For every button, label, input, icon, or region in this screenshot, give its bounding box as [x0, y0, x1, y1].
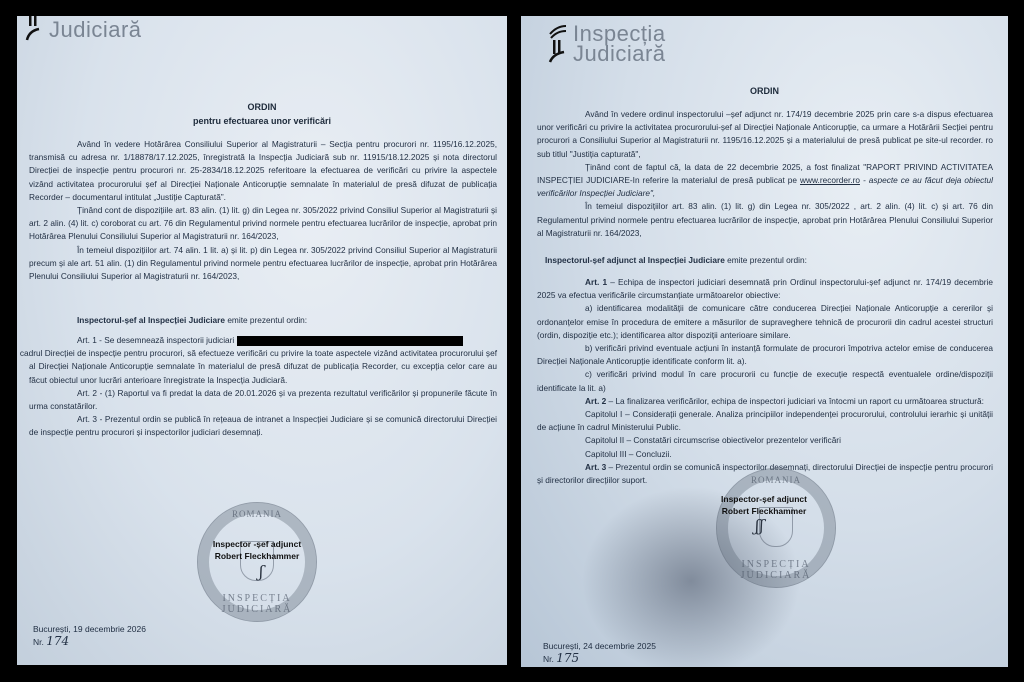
- number-label: Nr.: [33, 637, 44, 647]
- institution-logo: Judiciară: [23, 16, 142, 44]
- preamble-paragraph: Ținând cont de faptul că, la data de 22 …: [537, 161, 993, 201]
- logo-text: Judiciară: [49, 20, 142, 40]
- redaction-bar: [237, 336, 463, 346]
- chapter-item: Capitolul I – Considerații generale. Ana…: [537, 408, 993, 434]
- article-1-text: din cadrul Direcției de inspecție pentru…: [17, 348, 497, 384]
- signer-title: Inspector-șef adjunct: [713, 493, 815, 505]
- preamble-paragraph: Având în vedere Hotărârea Consiliului Su…: [29, 138, 497, 204]
- objective-b: b) verificări privind eventuale acțiuni …: [537, 342, 993, 368]
- column-logo-icon: [547, 24, 569, 64]
- document-page-left: Judiciară ORDIN pentru efectuarea unor v…: [17, 16, 507, 665]
- preamble-paragraph: Având în vedere ordinul inspectorului –ș…: [537, 108, 993, 161]
- issuer-name: Inspectorul-șef adjunct al Inspecției Ju…: [545, 255, 725, 265]
- document-title: ORDIN: [521, 86, 1008, 96]
- column-logo-icon: [23, 16, 45, 44]
- signer-title: Inspector -șef adjunct: [203, 538, 311, 550]
- article-1-label: Art. 1: [585, 277, 607, 287]
- footer-date-number: București, 19 decembrie 2026 Nr. 174: [33, 623, 146, 648]
- document-title: ORDIN: [17, 102, 507, 112]
- preamble-paragraph: În temeiul dispozițiilor art. 74 alin. 1…: [29, 244, 497, 284]
- institution-logo: Inspecția Judiciară: [547, 24, 666, 64]
- signer-name: Robert Fleckhammer: [713, 505, 815, 517]
- handwritten-signature: ʃ: [259, 562, 263, 581]
- preamble-paragraph: În temeiul dispozițiilor art. 83 alin. (…: [537, 200, 993, 240]
- signer-name: Robert Fleckhammer: [203, 550, 311, 562]
- stamp-bottom-text: INSPECȚIA JUDICIARĂ: [198, 593, 316, 615]
- document-subtitle: pentru efectuarea unor verificări: [17, 116, 507, 126]
- order-number: 174: [46, 634, 69, 648]
- article-2-text: – La finalizarea verificărilor, echipa d…: [606, 396, 984, 406]
- recorder-link[interactable]: www.recorder.ro: [800, 175, 860, 185]
- preamble: Având în vedere Hotărârea Consiliului Su…: [29, 138, 497, 283]
- number-label: Nr.: [543, 654, 554, 664]
- chapter-item: Capitolul III – Concluzii.: [537, 448, 993, 461]
- articles: Art. 1 – Echipa de inspectori judiciari …: [537, 276, 993, 487]
- preamble: Având în vedere ordinul inspectorului –ș…: [537, 108, 993, 240]
- article-2: Art. 2 - (1) Raportul va fi predat la da…: [29, 387, 497, 413]
- article-2-label: Art. 2: [585, 396, 606, 406]
- article-1-start: Art. 1 - Se desemnează inspectorii judic…: [77, 335, 234, 345]
- order-number: 175: [556, 651, 579, 665]
- stamp-top-text: ROMANIA: [717, 475, 835, 485]
- document-page-right: Inspecția Judiciară ORDIN Având în veder…: [521, 16, 1008, 667]
- article-3-label: Art. 3: [585, 462, 606, 472]
- issuer-text: emite prezentul ordin:: [725, 255, 807, 265]
- article-3: Art. 3 - Prezentul ordin se publică în r…: [29, 413, 497, 439]
- signature-block: Inspector-șef adjunct Robert Fleckhammer: [713, 493, 815, 517]
- preamble-paragraph: Ținând cont de dispozițiile art. 83 alin…: [29, 204, 497, 244]
- issuer-line: Inspectorul-șef al Inspecției Judiciare …: [29, 314, 497, 327]
- chapter-item: Capitolul II – Constatări circumscrise o…: [537, 434, 993, 447]
- objective-c: c) verificări privind modul în care proc…: [537, 368, 993, 394]
- stamp-top-text: ROMANIA: [198, 509, 316, 519]
- issuer-name: Inspectorul-șef al Inspecției Judiciare: [77, 315, 225, 325]
- objective-a: a) identificarea modalității de comunica…: [537, 302, 993, 342]
- stamp-bottom-text: INSPECȚIA JUDICIARĂ: [717, 559, 835, 581]
- logo-line-2: Judiciară: [573, 44, 666, 64]
- issuer-line: Inspectorul-șef adjunct al Inspecției Ju…: [537, 254, 993, 267]
- logo-text: Inspecția Judiciară: [573, 24, 666, 64]
- issuer-text: emite prezentul ordin:: [225, 315, 307, 325]
- signature-block: Inspector -șef adjunct Robert Fleckhamme…: [203, 538, 311, 562]
- footer-date-number: București, 24 decembrie 2025 Nr. 175: [543, 640, 656, 665]
- articles: Art. 1 - Se desemnează inspectorii judic…: [29, 334, 497, 440]
- official-stamp: ROMANIA INSPECȚIA JUDICIARĂ: [197, 502, 317, 622]
- handwritten-signature: ʃʃ: [755, 516, 764, 535]
- official-stamp: ROMANIA INSPECȚIA JUDICIARĂ: [716, 468, 836, 588]
